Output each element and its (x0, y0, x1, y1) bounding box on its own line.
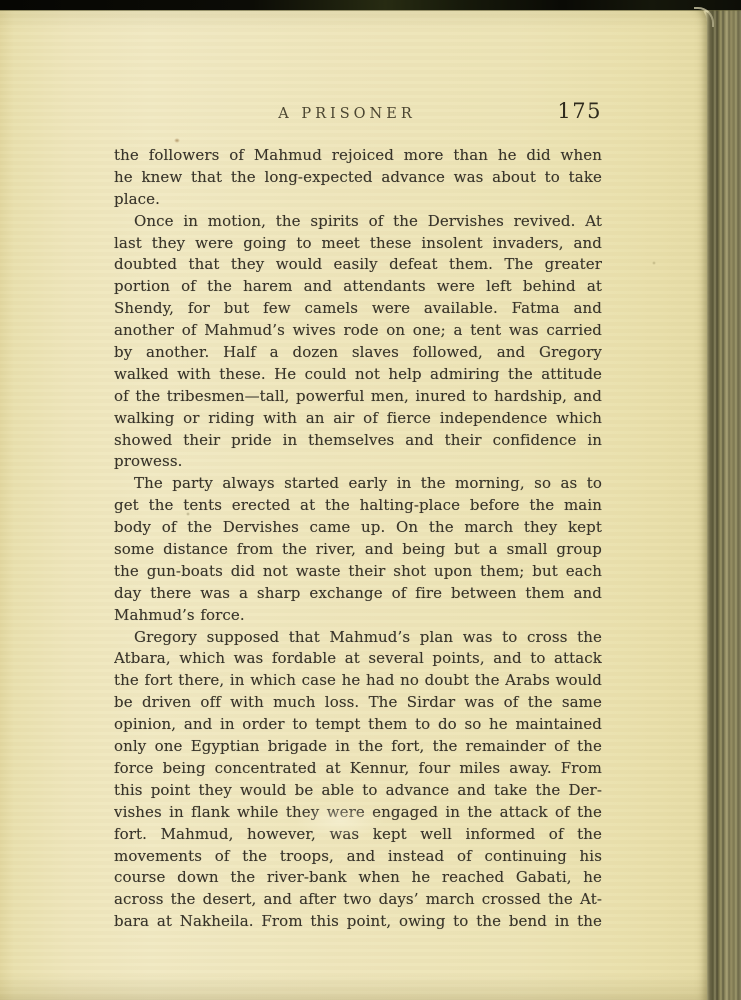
text-line: course down the river-bank when he reach… (114, 867, 602, 889)
text-line: doubted that they would easily defeat th… (114, 254, 602, 276)
text-line: body of the Dervishes came up. On the ma… (114, 517, 602, 539)
text-line: walking or riding with an air of fierce … (114, 408, 602, 430)
text-line: the followers of Mahmud rejoiced more th… (114, 145, 602, 167)
text-line: Mahmud’s force. (114, 605, 602, 627)
text-line: bara at Nakheila. From this point, owing… (114, 911, 602, 933)
text-line: of the tribesmen—tall, powerful men, inu… (114, 386, 602, 408)
text-line: by another. Half a dozen slaves followed… (114, 342, 602, 364)
text-line: the fort there, in which case he had no … (114, 670, 602, 692)
paragraph: Once in motion, the spirits of the Dervi… (114, 211, 602, 474)
text-line: only one Egyptian brigade in the fort, t… (114, 736, 602, 758)
text-line: portion of the harem and attendants were… (114, 276, 602, 298)
text-line: prowess. (114, 451, 602, 473)
text-line: Shendy, for but few camels were availabl… (114, 298, 602, 320)
text-line: movements of the troops, and instead of … (114, 846, 602, 868)
text-line: be driven off with much loss. The Sirdar… (114, 692, 602, 714)
text-line: across the desert, and after two days’ m… (114, 889, 602, 911)
text-line: the gun-boats did not waste their shot u… (114, 561, 602, 583)
text-line: another of Mahmud’s wives rode on one; a… (114, 320, 602, 342)
book-page: A PRISONER 175 the followers of Mahmud r… (0, 4, 707, 1000)
scan-speck (174, 138, 180, 143)
text-line: Once in motion, the spirits of the Dervi… (114, 211, 602, 233)
text-line: this point they would be able to advance… (114, 780, 602, 802)
scan-smudge (295, 804, 385, 838)
paragraph: the followers of Mahmud rejoiced more th… (114, 145, 602, 211)
running-header-title: A PRISONER (278, 106, 416, 122)
book-scan: A PRISONER 175 the followers of Mahmud r… (0, 0, 741, 1000)
text-line: showed their pride in themselves and the… (114, 430, 602, 452)
text-line: he knew that the long-expected advance w… (114, 167, 602, 189)
paragraph: The party always started early in the mo… (114, 473, 602, 626)
text-line: opinion, and in order to tempt them to d… (114, 714, 602, 736)
text-line: The party always started early in the mo… (114, 473, 602, 495)
text-line: walked with these. He could not help adm… (114, 364, 602, 386)
text-line: Gregory supposed that Mahmud’s plan was … (114, 627, 602, 649)
paragraph: Gregory supposed that Mahmud’s plan was … (114, 627, 602, 933)
text-line: place. (114, 189, 602, 211)
page-number: 175 (557, 99, 602, 123)
scan-top-edge (0, 0, 741, 10)
scan-speck (186, 512, 190, 516)
scan-speck (652, 261, 656, 265)
text-line: Atbara, which was fordable at several po… (114, 648, 602, 670)
text-line: some distance from the river, and being … (114, 539, 602, 561)
text-line: last they were going to meet these insol… (114, 233, 602, 255)
text-line: force being concentrated at Kennur, four… (114, 758, 602, 780)
text-line: day there was a sharp exchange of fire b… (114, 583, 602, 605)
running-header: A PRISONER 175 (114, 102, 602, 128)
